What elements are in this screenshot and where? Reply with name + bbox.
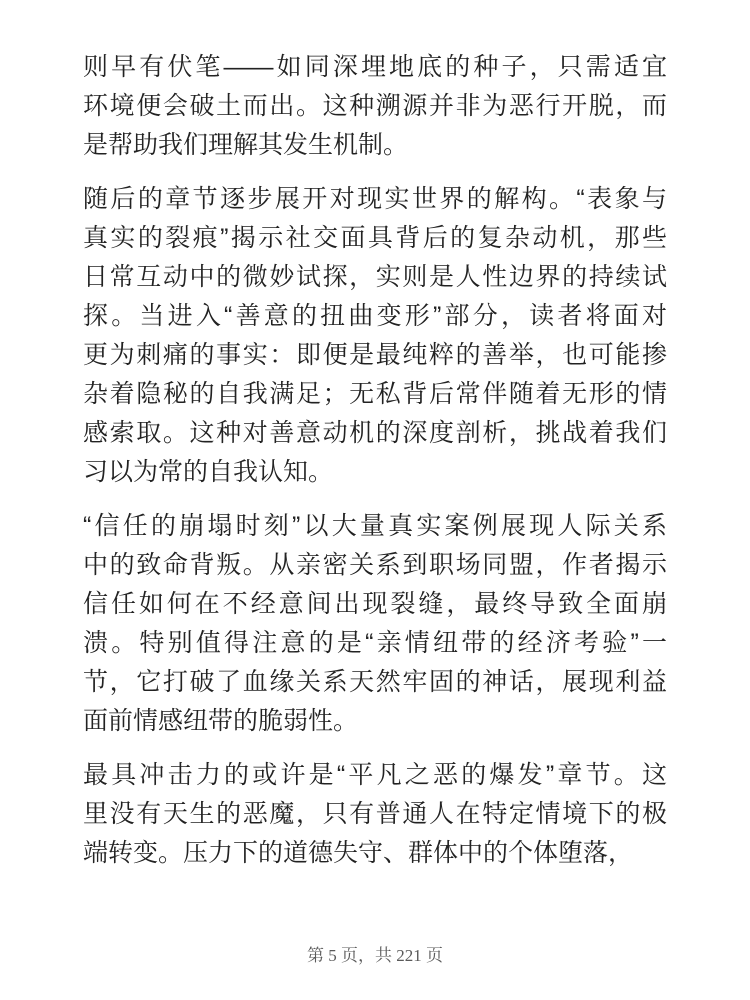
text-line: 随后的章节逐步展开对现实世界的解构。“表象与 [83, 180, 667, 219]
text-line: 端转变。压力下的道德失守、群体中的个体堕落， [83, 834, 667, 873]
text-line: 面前情感纽带的脆弱性。 [83, 702, 667, 741]
text-line: 环境便会破土而出。这种溯源并非为恶行开脱，而 [83, 87, 667, 126]
paragraph: 则早有伏笔——如同深埋地底的种子，只需适宜环境便会破土而出。这种溯源并非为恶行开… [83, 48, 667, 165]
document-page: 则早有伏笔——如同深埋地底的种子，只需适宜环境便会破土而出。这种溯源并非为恶行开… [0, 0, 750, 1000]
text-line: 杂着隐秘的自我满足；无私背后常伴随着无形的情 [83, 375, 667, 414]
text-line: 探。当进入“善意的扭曲变形”部分，读者将面对 [83, 297, 667, 336]
text-line: “信任的崩塌时刻”以大量真实案例展现人际关系 [83, 507, 667, 546]
text-line: 日常互动中的微妙试探，实则是人性边界的持续试 [83, 258, 667, 297]
text-line: 信任如何在不经意间出现裂缝，最终导致全面崩 [83, 585, 667, 624]
text-line: 中的致命背叛。从亲密关系到职场同盟，作者揭示 [83, 546, 667, 585]
paragraph: 最具冲击力的或许是“平凡之恶的爆发”章节。这里没有天生的恶魔，只有普通人在特定情… [83, 756, 667, 873]
paragraph: 随后的章节逐步展开对现实世界的解构。“表象与真实的裂痕”揭示社交面具背后的复杂动… [83, 180, 667, 492]
page-footer: 第 5 页，共 221 页 [0, 946, 750, 966]
paragraph: “信任的崩塌时刻”以大量真实案例展现人际关系中的致命背叛。从亲密关系到职场同盟，… [83, 507, 667, 741]
text-line: 溃。特别值得注意的是“亲情纽带的经济考验”一 [83, 624, 667, 663]
page-number-indicator: 第 5 页，共 221 页 [307, 946, 443, 965]
text-line: 真实的裂痕”揭示社交面具背后的复杂动机，那些 [83, 219, 667, 258]
text-line: 节，它打破了血缘关系天然牢固的神话，展现利益 [83, 663, 667, 702]
text-line: 最具冲击力的或许是“平凡之恶的爆发”章节。这 [83, 756, 667, 795]
document-body: 则早有伏笔——如同深埋地底的种子，只需适宜环境便会破土而出。这种溯源并非为恶行开… [83, 48, 667, 888]
text-line: 更为刺痛的事实：即便是最纯粹的善举，也可能掺 [83, 336, 667, 375]
text-line: 是帮助我们理解其发生机制。 [83, 126, 667, 165]
text-line: 习以为常的自我认知。 [83, 453, 667, 492]
text-line: 则早有伏笔——如同深埋地底的种子，只需适宜 [83, 48, 667, 87]
text-line: 里没有天生的恶魔，只有普通人在特定情境下的极 [83, 795, 667, 834]
text-line: 感索取。这种对善意动机的深度剖析，挑战着我们 [83, 414, 667, 453]
